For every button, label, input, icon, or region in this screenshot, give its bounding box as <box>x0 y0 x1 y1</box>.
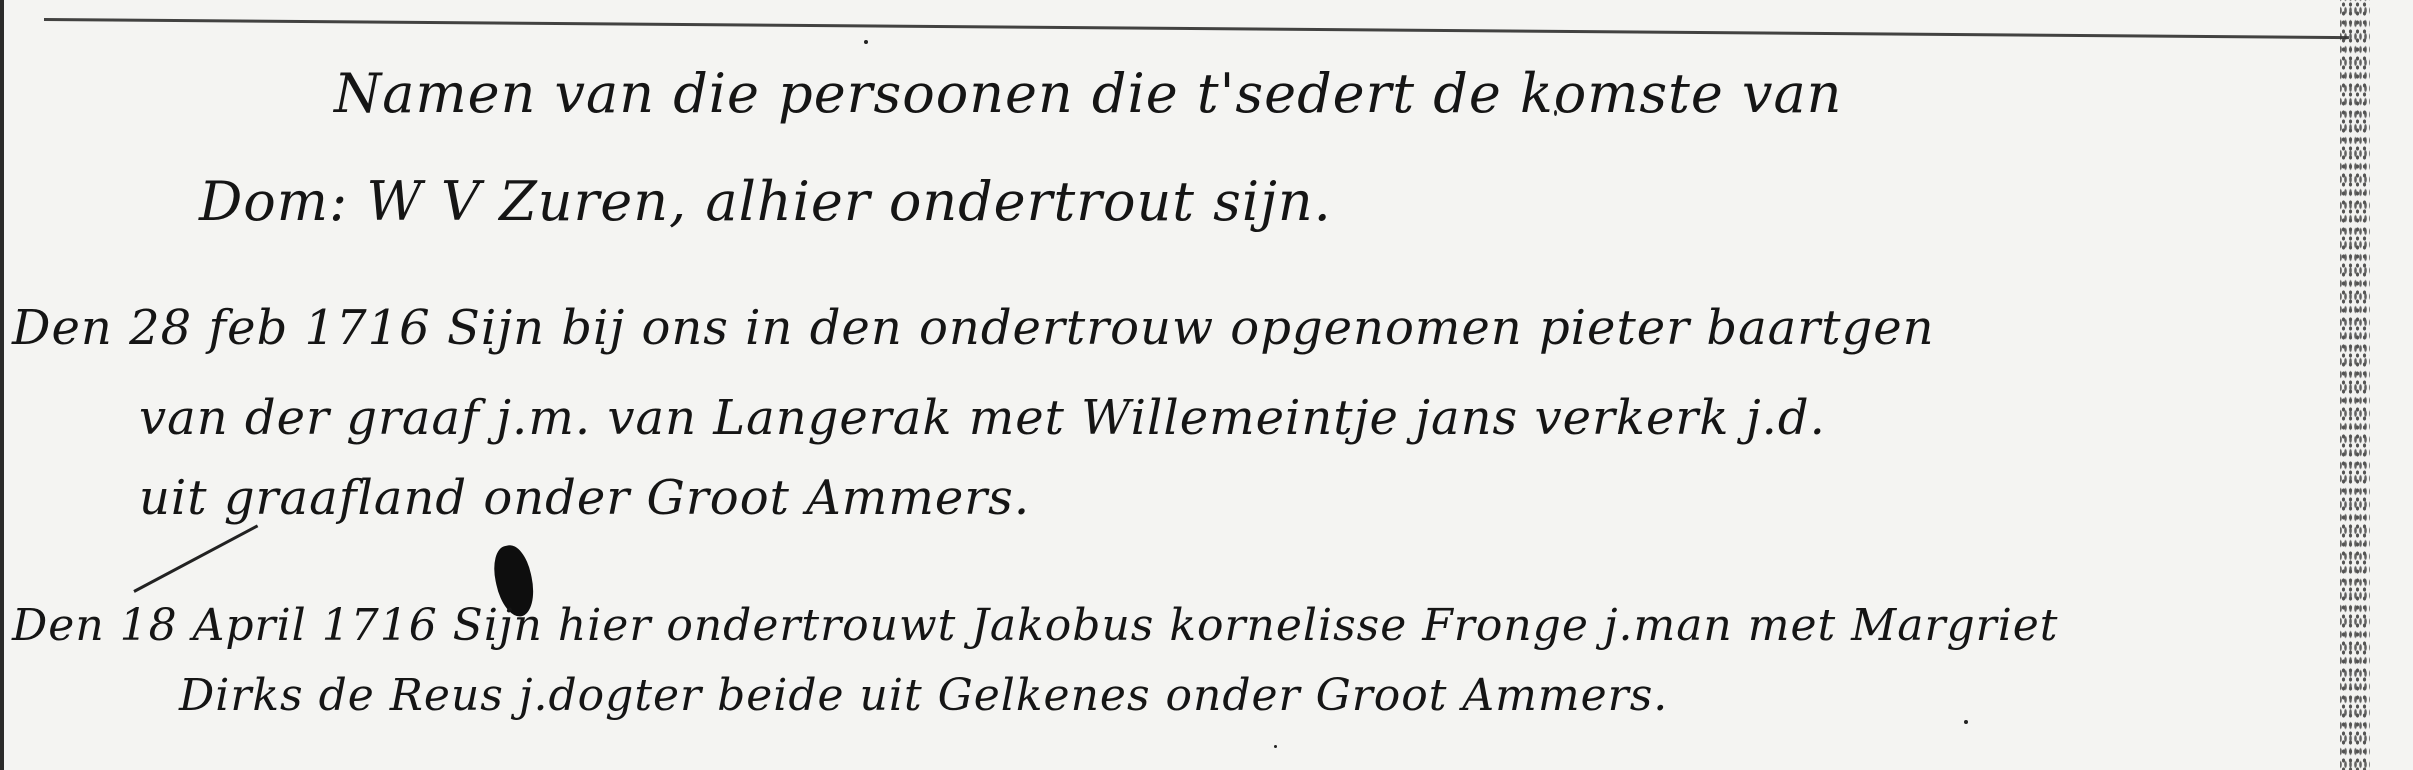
heading-line-1: Namen van die persoonen die t'sedert de … <box>334 62 1842 125</box>
entry-1-line-1: Den 28 feb 1716 Sijn bij ons in den onde… <box>12 300 1935 356</box>
scan-edge-noise <box>2340 0 2370 770</box>
pen-stroke <box>133 524 258 592</box>
ink-speck <box>864 40 868 44</box>
ink-speck <box>1274 745 1277 748</box>
ink-speck <box>1964 720 1968 724</box>
entry-2-line-1: Den 18 April 1716 Sijn hier ondertrouwt … <box>12 600 2059 651</box>
entry-2-line-2: Dirks de Reus j.dogter beide uit Gelkene… <box>179 670 1668 721</box>
heading-line-2: Dom: W V Zuren, alhier ondertrout sijn. <box>199 170 1332 233</box>
ink-speck <box>1554 110 1557 116</box>
manuscript-page: Namen van die persoonen die t'sedert de … <box>4 0 2344 770</box>
entry-1-line-2: van der graaf j.m. van Langerak met Will… <box>139 390 1826 446</box>
scan-right-margin <box>2370 0 2413 770</box>
entry-1-line-3: uit graafland onder Groot Ammers. <box>139 470 1030 526</box>
top-ruled-line <box>44 18 2349 39</box>
